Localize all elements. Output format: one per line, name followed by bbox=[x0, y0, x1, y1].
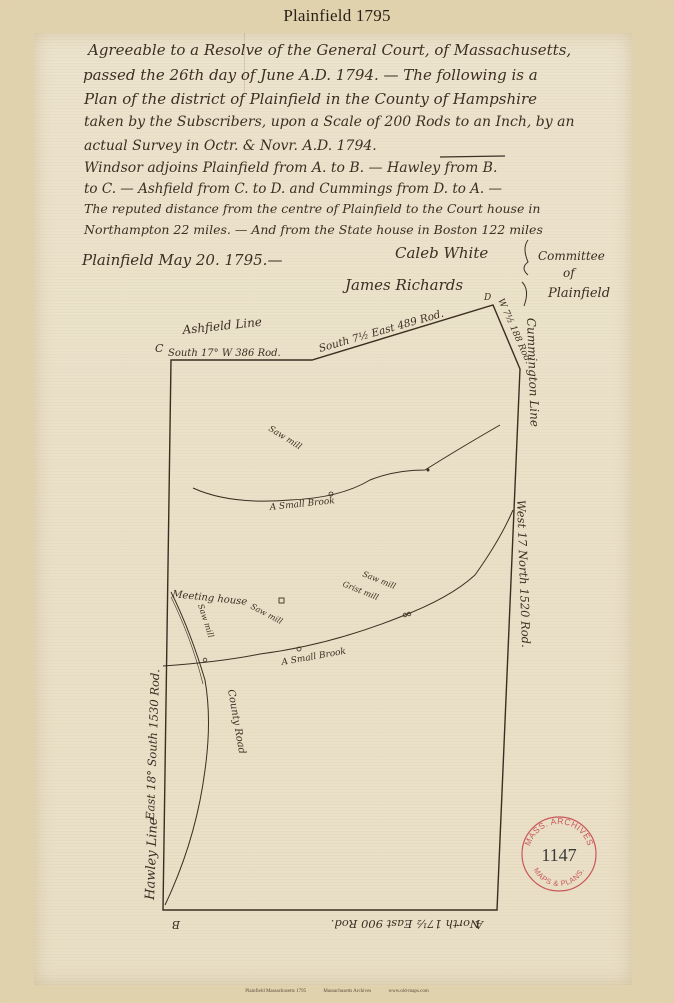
corner-b-label: B bbox=[172, 918, 181, 931]
saw-mill-center-label: Saw mill bbox=[249, 602, 284, 627]
stamp-number: 1147 bbox=[541, 845, 576, 865]
text-line-2: passed the 26th day of June A.D. 1794. —… bbox=[83, 66, 538, 84]
footer-title: Plainfield Massachusetts 1795 bbox=[245, 989, 306, 994]
signature-james-richards: James Richards bbox=[342, 276, 463, 294]
north-brook bbox=[193, 425, 500, 501]
saw-mill-west-label: Saw mill bbox=[196, 603, 215, 639]
county-road bbox=[165, 592, 209, 905]
county-road-label: County Road bbox=[225, 689, 247, 755]
east-bearing: West 17 North 1520 Rod. bbox=[514, 500, 533, 648]
north-west-bearing: South 17° W 386 Rod. bbox=[168, 348, 281, 359]
north-brook-label: A Small Brook bbox=[268, 496, 335, 513]
stamp-top-text: MASS. ARCHIVES bbox=[522, 816, 595, 847]
ashfield-line-label: Ashfield Line bbox=[181, 315, 263, 337]
district-boundary bbox=[163, 305, 520, 910]
document-text: Agreeable to a Resolve of the General Co… bbox=[81, 41, 610, 306]
corner-c-label: C bbox=[155, 342, 164, 355]
text-line-3: Plan of the district of Plainfield in th… bbox=[83, 90, 537, 108]
footer-website: www.old-maps.com bbox=[389, 989, 429, 994]
meeting-house-icon bbox=[279, 598, 284, 603]
hawley-line-label: Hawley Line bbox=[143, 817, 161, 901]
text-line-6: Windsor adjoins Plainfield from A. to B.… bbox=[84, 160, 497, 176]
corner-a-label: A bbox=[475, 918, 484, 931]
text-line-1: Agreeable to a Resolve of the General Co… bbox=[86, 41, 571, 59]
archives-stamp: MASS. ARCHIVES MAPS & PLANS. 1147 bbox=[519, 814, 599, 894]
text-line-5: actual Survey in Octr. & Novr. A.D. 1794… bbox=[84, 138, 377, 154]
committee-label: Committee bbox=[538, 249, 605, 263]
committee-plainfield: Plainfield bbox=[547, 286, 610, 301]
committee-of: of bbox=[563, 266, 577, 280]
footer: Plainfield Massachusetts 1795 Massachuse… bbox=[0, 989, 674, 994]
text-line-9: Northampton 22 miles. — And from the Sta… bbox=[83, 222, 543, 237]
text-line-4: taken by the Subscribers, upon a Scale o… bbox=[84, 114, 574, 130]
signature-caleb-white: Caleb White bbox=[395, 244, 488, 262]
south-brook bbox=[163, 510, 513, 666]
south-bearing: North 17½ East 900 Rod. bbox=[331, 917, 481, 931]
svg-text:MASS. ARCHIVES: MASS. ARCHIVES bbox=[522, 816, 595, 847]
cummington-line-label: Cummington Line bbox=[524, 318, 542, 428]
corner-d-label: D bbox=[483, 293, 491, 303]
svg-text:MAPS & PLANS.: MAPS & PLANS. bbox=[532, 866, 587, 888]
date-line: Plainfield May 20. 1795.— bbox=[81, 251, 282, 269]
text-line-8: The reputed distance from the centre of … bbox=[84, 201, 540, 216]
footer-source: Massachusetts Archives bbox=[323, 989, 371, 994]
west-bearing: East 18° South 1530 Rod. bbox=[143, 669, 162, 821]
stamp-bottom-text: MAPS & PLANS. bbox=[532, 866, 587, 888]
saw-mill-north-label: Saw mill bbox=[266, 424, 303, 452]
north-east-bearing: South 7½ East 489 Rod. bbox=[318, 308, 446, 355]
text-line-7: to C. — Ashfield from C. to D. and Cummi… bbox=[84, 181, 502, 197]
meeting-house-label: Meeting house bbox=[171, 589, 248, 608]
south-brook-label: A Small Brook bbox=[280, 647, 347, 668]
